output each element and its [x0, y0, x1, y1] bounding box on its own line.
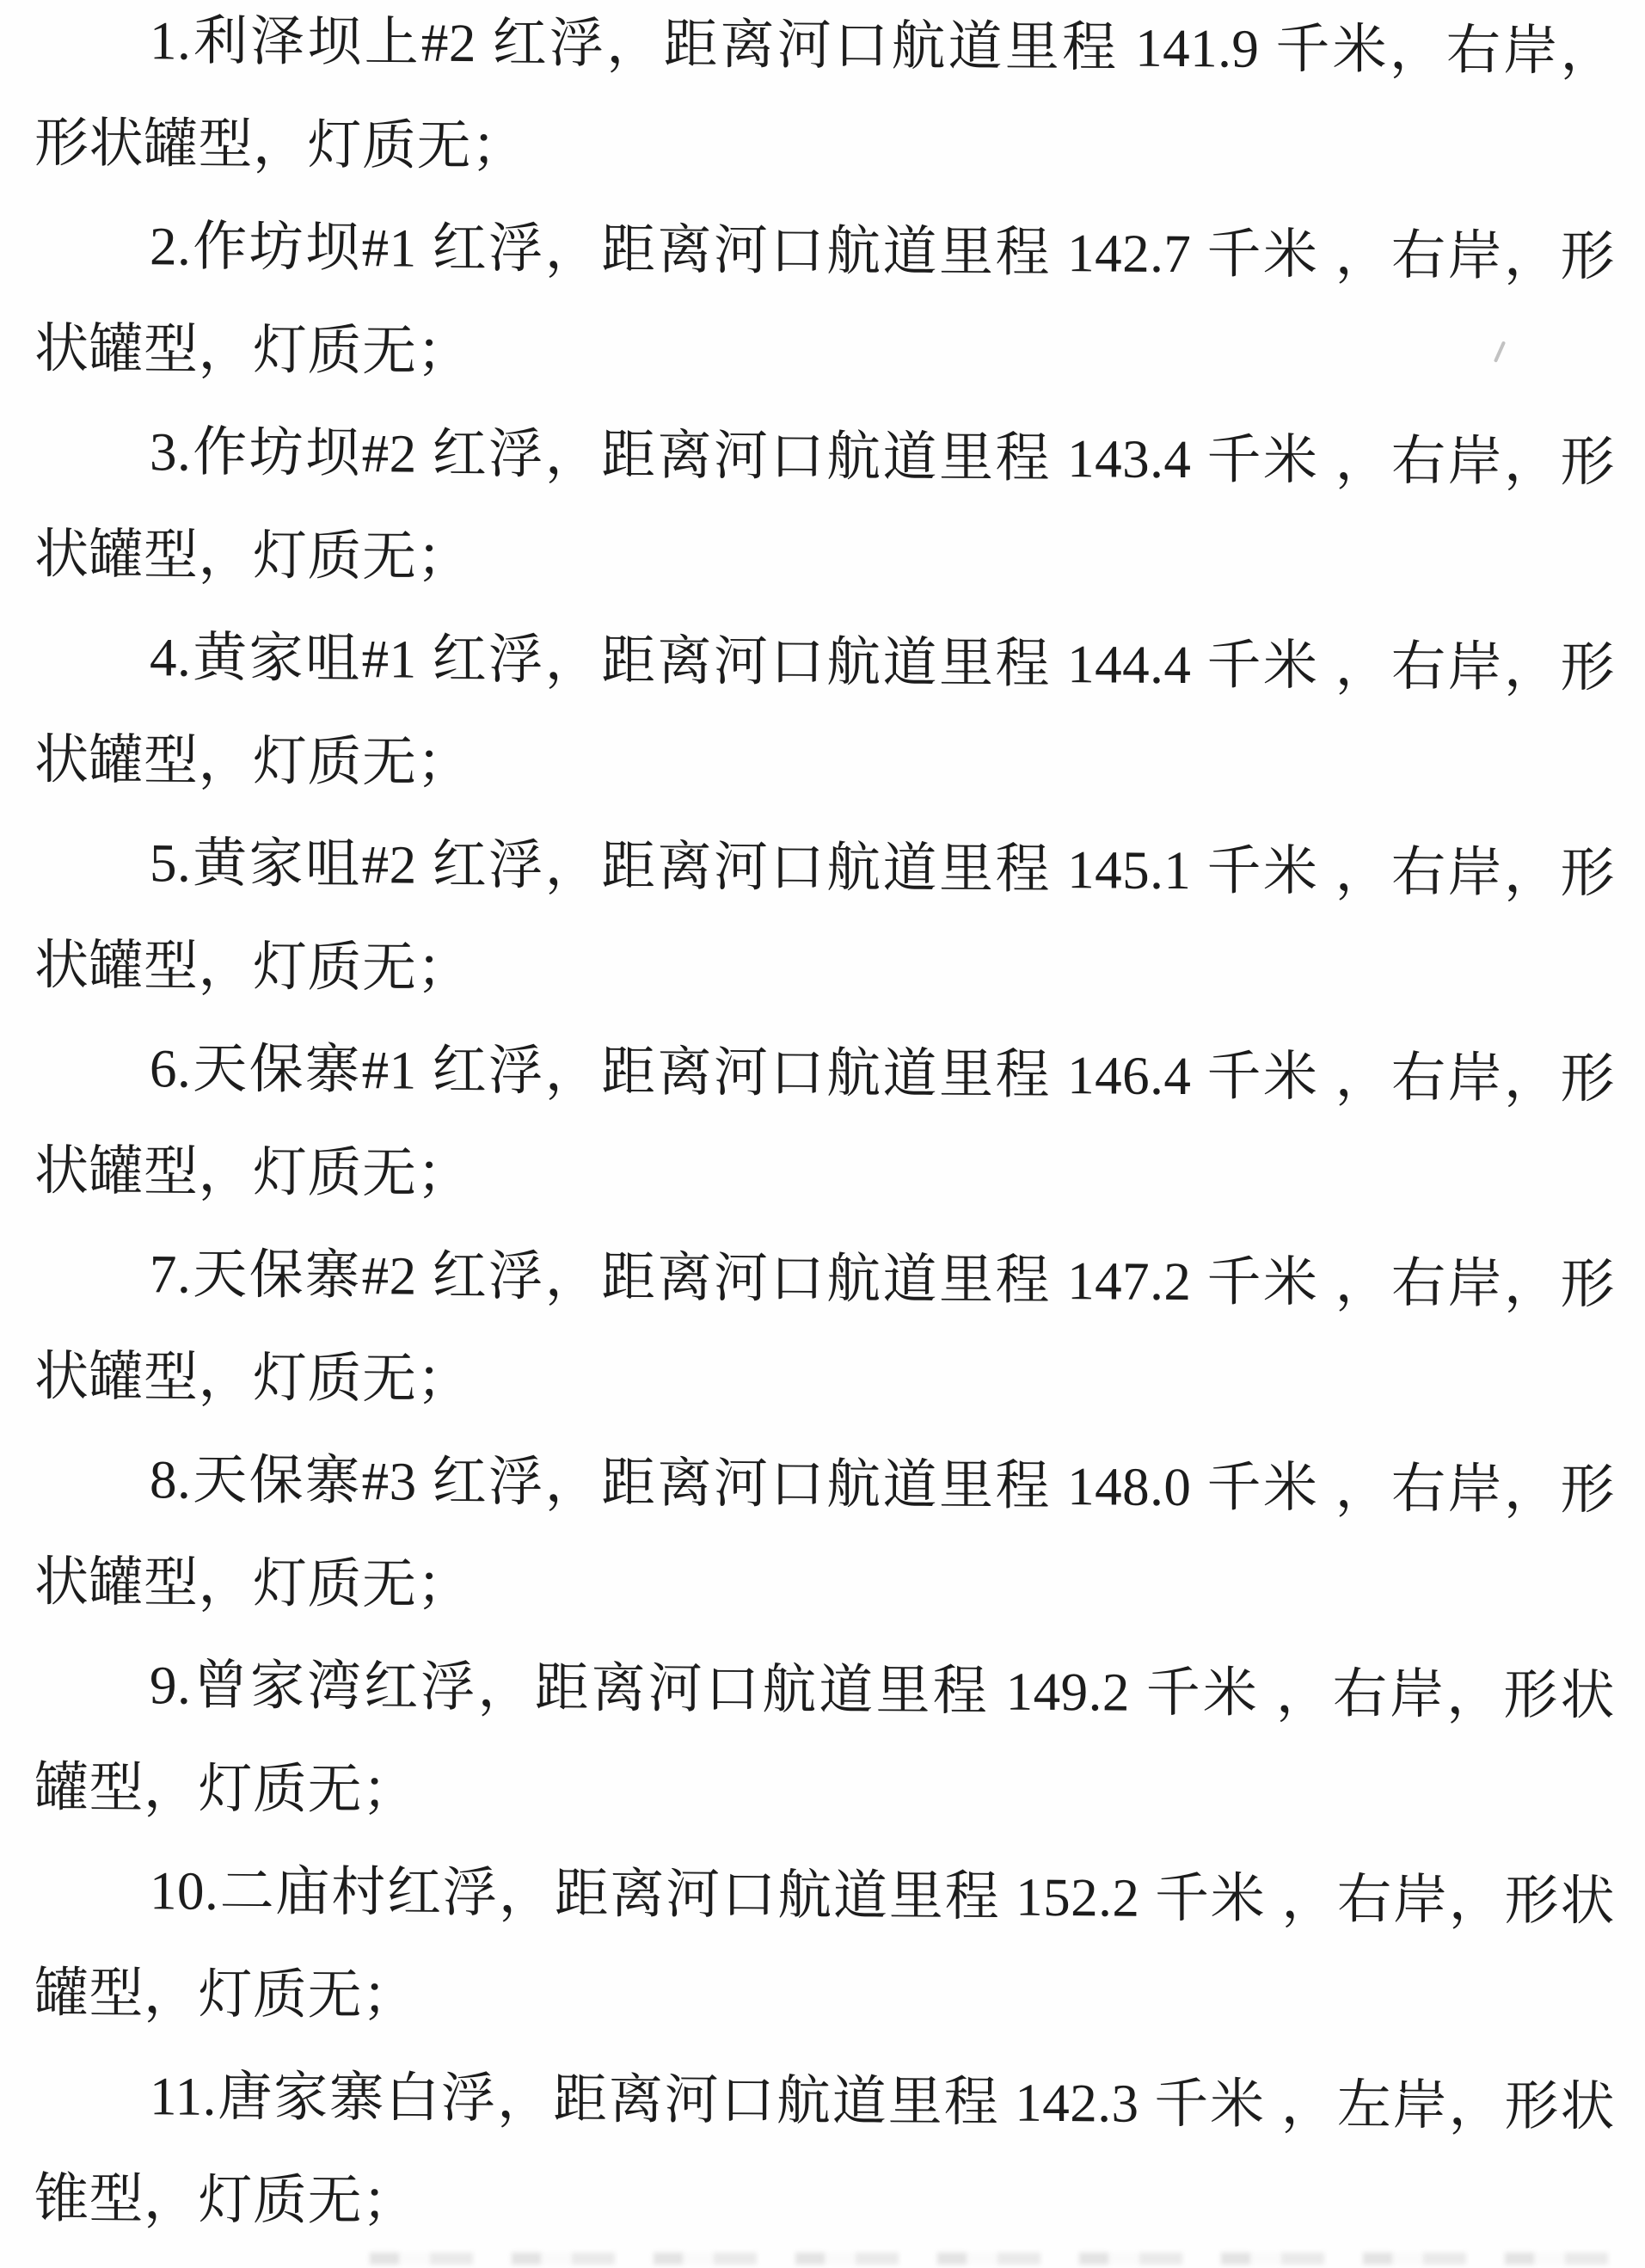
- buoy-item-line1: 11.唐家寨白浮，距离河口航道里程 142.3 千米 ，左岸，形状: [34, 2044, 1615, 2159]
- buoy-item: 4.黄家咀#1 红浮，距离河口航道里程 144.4 千米 ，右岸，形状罐型，灯质…: [34, 605, 1615, 822]
- buoy-item: 3.作坊坝#2 红浮，距离河口航道里程 143.4 千米 ，右岸，形状罐型，灯质…: [34, 400, 1615, 617]
- buoy-item-line1: 4.黄家咀#1 红浮，距离河口航道里程 144.4 千米 ，右岸，形: [34, 605, 1615, 720]
- buoy-item: 5.黄家咀#2 红浮，距离河口航道里程 145.1 千米 ，右岸，形状罐型，灯质…: [34, 811, 1615, 1028]
- buoy-item: 8.天保寨#3 红浮，距离河口航道里程 148.0 千米 ，右岸，形状罐型，灯质…: [34, 1428, 1615, 1644]
- buoy-item-line2: 状罐型，灯质无；: [34, 709, 1615, 823]
- buoy-item-line1: 1.利泽坝上#2 红浮，距离河口航道里程 141.9 千米，右岸，: [34, 0, 1615, 103]
- buoy-item: 2.作坊坝#1 红浮，距离河口航道里程 142.7 千米 ，右岸，形状罐型，灯质…: [34, 194, 1615, 411]
- buoy-item: 7.天保寨#2 红浮，距离河口航道里程 147.2 千米 ，右岸，形状罐型，灯质…: [34, 1222, 1615, 1439]
- scan-bleed-through-band: [370, 2253, 1628, 2265]
- buoy-list: 1.利泽坝上#2 红浮，距离河口航道里程 141.9 千米，右岸，形状罐型，灯质…: [0, 0, 1645, 2262]
- buoy-item-line2: 状罐型，灯质无；: [34, 1531, 1615, 1645]
- buoy-item: 11.唐家寨白浮，距离河口航道里程 142.3 千米 ，左岸，形状锥型，灯质无；: [34, 2044, 1615, 2261]
- buoy-item-line1: 7.天保寨#2 红浮，距离河口航道里程 147.2 千米 ，右岸，形: [34, 1222, 1615, 1337]
- buoy-item-line2: 锥型，灯质无；: [34, 2148, 1615, 2262]
- buoy-item-line1: 8.天保寨#3 红浮，距离河口航道里程 148.0 千米 ，右岸，形: [34, 1428, 1615, 1542]
- buoy-item-line2: 状罐型，灯质无；: [34, 503, 1615, 618]
- buoy-item-line2: 状罐型，灯质无；: [34, 1120, 1615, 1234]
- buoy-item: 1.利泽坝上#2 红浮，距离河口航道里程 141.9 千米，右岸，形状罐型，灯质…: [34, 0, 1615, 206]
- buoy-item-line1: 10.二庙村红浮，距离河口航道里程 152.2 千米 ，右岸，形状: [34, 1839, 1615, 1953]
- buoy-item-line1: 2.作坊坝#1 红浮，距离河口航道里程 142.7 千米 ，右岸，形: [34, 194, 1615, 309]
- buoy-item: 10.二庙村红浮，距离河口航道里程 152.2 千米 ，右岸，形状罐型，灯质无；: [34, 1839, 1615, 2056]
- buoy-item-line1: 5.黄家咀#2 红浮，距离河口航道里程 145.1 千米 ，右岸，形: [34, 811, 1615, 925]
- document-page: 1.利泽坝上#2 红浮，距离河口航道里程 141.9 千米，右岸，形状罐型，灯质…: [0, 0, 1645, 2268]
- buoy-item-line2: 形状罐型，灯质无；: [34, 92, 1615, 206]
- buoy-item: 6.天保寨#1 红浮，距离河口航道里程 146.4 千米 ，右岸，形状罐型，灯质…: [34, 1017, 1615, 1233]
- buoy-item-line1: 3.作坊坝#2 红浮，距离河口航道里程 143.4 千米 ，右岸，形: [34, 400, 1615, 514]
- buoy-item-line2: 罐型，灯质无；: [34, 1736, 1615, 1851]
- buoy-item-line2: 状罐型，灯质无；: [34, 914, 1615, 1029]
- buoy-item-line1: 9.曾家湾红浮，距离河口航道里程 149.2 千米 ，右岸，形状: [34, 1633, 1615, 1748]
- buoy-item-line1: 6.天保寨#1 红浮，距离河口航道里程 146.4 千米 ，右岸，形: [34, 1017, 1615, 1131]
- buoy-item-line2: 罐型，灯质无；: [34, 1942, 1615, 2056]
- buoy-item-line2: 状罐型，灯质无；: [34, 298, 1615, 412]
- buoy-item: 9.曾家湾红浮，距离河口航道里程 149.2 千米 ，右岸，形状罐型，灯质无；: [34, 1633, 1615, 1850]
- buoy-item-line2: 状罐型，灯质无；: [34, 1325, 1615, 1440]
